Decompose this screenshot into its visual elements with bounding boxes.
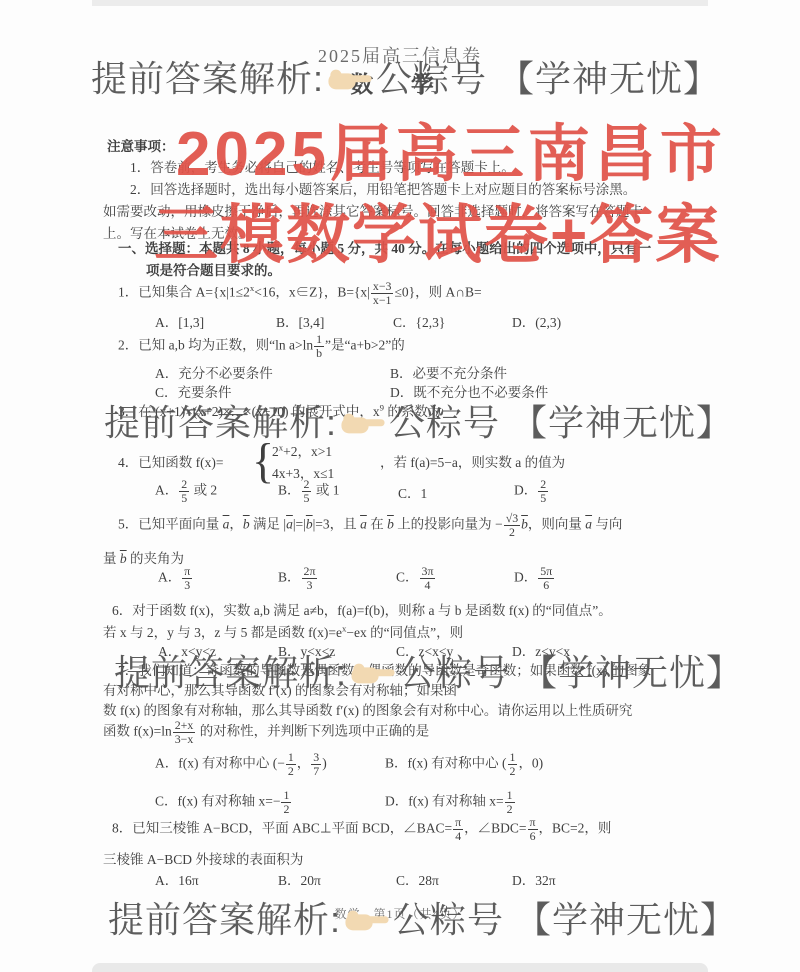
q4-stem-suffix: ，若 f(a)=5−a，则实数 a 的值为	[380, 452, 565, 473]
watermark-prefix: 提前答案解析:	[108, 899, 341, 940]
watermark-prefix: 提前答案解析:	[91, 58, 324, 99]
q4-option-c: C．1	[398, 483, 427, 504]
q8-option-a: A．16π	[155, 870, 199, 891]
watermark-prefix: 提前答案解析:	[114, 652, 347, 693]
q2-option-c: C．充要条件	[155, 382, 232, 403]
q4-option-d: D．25	[514, 478, 549, 505]
q2-option-a: A．充分不必要条件	[155, 363, 273, 384]
q5-option-c: C．3π4	[396, 565, 436, 592]
q5-option-d: D．5π6	[514, 565, 555, 592]
q6-stem-line-2: 若 x 与 2，y 与 3，z 与 5 都是函数 f(x)=ex−ex 的“同值…	[103, 622, 463, 643]
q1-option-b: B．[3,4]	[276, 312, 324, 333]
q7-option-a: A．f(x) 有对称中心 (−12，37)	[155, 751, 327, 778]
q2-option-b: B．必要不充分条件	[390, 363, 507, 384]
q7-stem-line-4: 函数 f(x)=ln2+x3−x 的对称性，并判断下列选项中正确的是	[103, 719, 429, 746]
watermark-row-4: 提前答案解析:公粽号 【学神无忧】	[108, 899, 737, 941]
watermark-row-3: 提前答案解析:公粽号 【学神无忧】	[114, 652, 743, 694]
screenshot-stage: 2025届高三信息卷 数 学 注意事项： 1．答卷前，考生务必将自己的姓名、考生…	[0, 0, 800, 972]
watermark-suffix: 公粽号 【学神无忧】	[399, 652, 743, 693]
pointing-finger-icon	[344, 902, 390, 932]
q4-option-b: B．25 或 1	[278, 478, 339, 505]
q7-option-b: B．f(x) 有对称中心 (12，0)	[385, 751, 543, 778]
q4-case-1: 2x+2，x>1	[272, 441, 332, 462]
q5-stem-line-1: 5．已知平面向量 a，b 满足 |a|=|b|=3，且 a 在 b 上的投影向量…	[118, 512, 622, 539]
q4-brace: {	[252, 437, 274, 485]
q1-option-d: D．(2,3)	[512, 312, 561, 333]
q5-option-a: A．π3	[158, 565, 193, 592]
watermark-suffix: 公粽号 【学神无忧】	[376, 58, 720, 99]
q1-option-c: C．{2,3}	[393, 312, 445, 333]
q8-stem-line-2: 三棱锥 A−BCD 外接球的表面积为	[103, 849, 303, 870]
watermark-prefix: 提前答案解析:	[104, 402, 337, 443]
pointing-finger-icon	[327, 61, 373, 91]
pointing-finger-icon	[340, 405, 386, 435]
watermark-row-2: 提前答案解析:公粽号 【学神无忧】	[104, 402, 733, 444]
watermark-row-1: 提前答案解析:公粽号 【学神无忧】	[91, 58, 720, 100]
q1-stem: 1．已知集合 A={x|1≤2x<16，x∈Z}，B={x|x−3x−1≤0}，…	[118, 280, 482, 307]
q4-stem-prefix: 4．已知函数 f(x)=	[118, 452, 223, 473]
q7-option-c: C．f(x) 有对称轴 x=−12	[155, 789, 292, 816]
pointing-finger-icon	[350, 655, 396, 685]
notice-heading: 注意事项：	[107, 136, 175, 157]
q2-option-d: D．既不充分也不必要条件	[390, 382, 548, 403]
q4-option-a: A．25 或 2	[155, 478, 217, 505]
q2-stem: 2．已知 a,b 均为正数，则“ln a>ln1b”是“a+b>2”的	[118, 333, 405, 360]
q8-option-d: D．32π	[512, 870, 556, 891]
watermark-suffix: 公粽号 【学神无忧】	[393, 899, 737, 940]
q8-stem-line-1: 8．已知三棱锥 A−BCD，平面 ABC⊥平面 BCD，∠BAC=π4，∠BDC…	[112, 816, 611, 843]
q8-option-b: B．20π	[278, 870, 321, 891]
q7-option-d: D．f(x) 有对称轴 x=12	[385, 789, 516, 816]
q6-stem-line-1: 6．对于函数 f(x)，实数 a,b 满足 a≠b，f(a)=f(b)，则称 a…	[112, 600, 612, 621]
red-overlay-line-1: 2025届高三南昌市	[176, 104, 726, 193]
red-overlay-line-2: 三模数学试卷+答案	[154, 184, 721, 276]
q8-option-c: C．28π	[396, 870, 439, 891]
watermark-suffix: 公粽号 【学神无忧】	[389, 402, 733, 443]
q1-option-a: A．[1,3]	[155, 312, 204, 333]
q5-option-b: B．2π3	[278, 565, 318, 592]
